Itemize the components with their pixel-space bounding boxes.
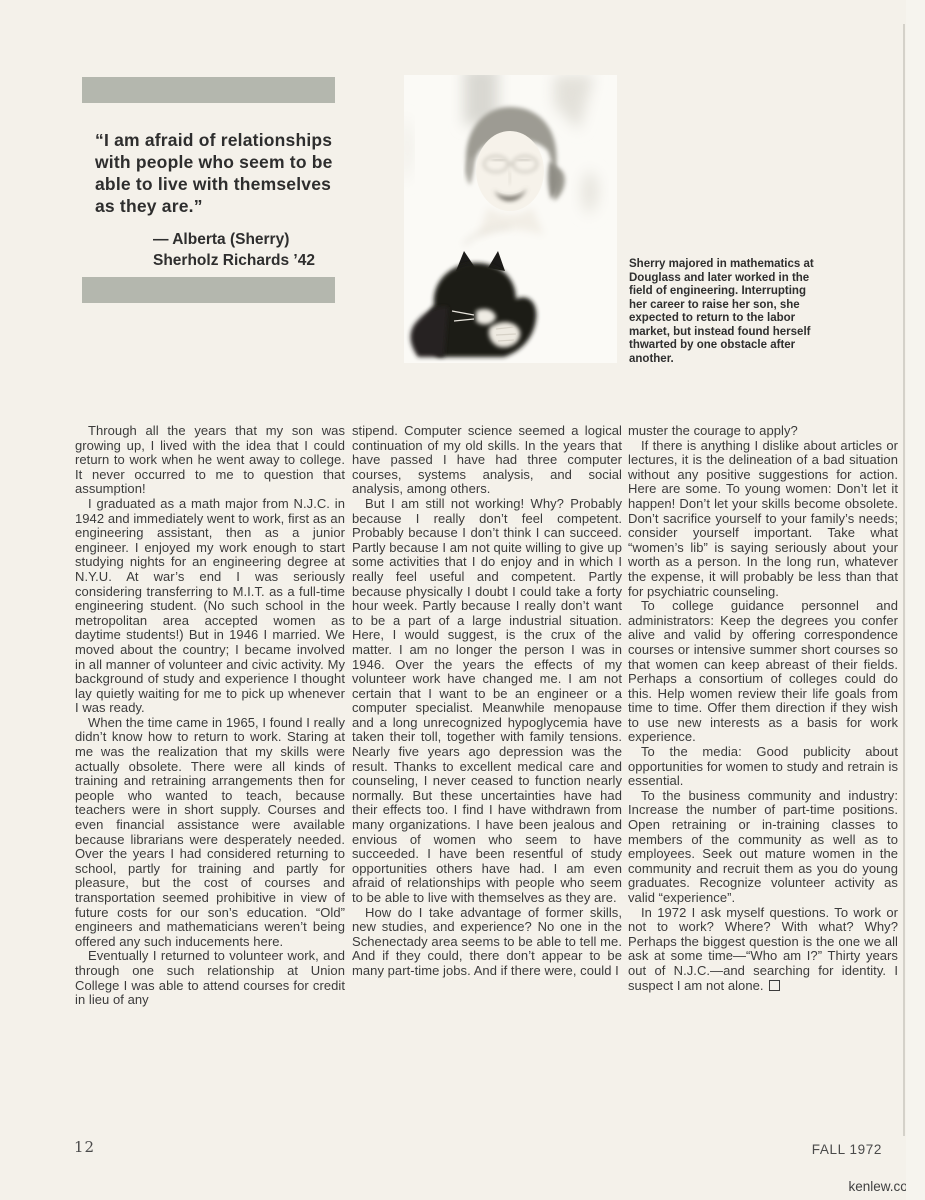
page-number: 12	[74, 1138, 95, 1156]
paragraph: If there is anything I dislike about art…	[628, 439, 898, 600]
pull-quote: “I am afraid of relationships with peopl…	[95, 129, 345, 271]
paragraph: When the time came in 1965, I found I re…	[75, 716, 345, 950]
paragraph: To the business community and industry: …	[628, 789, 898, 906]
pull-quote-line: as they are.”	[95, 195, 345, 217]
pull-quote-line: “I am afraid of relationships	[95, 129, 345, 151]
pull-quote-line: with people who seem to be	[95, 151, 345, 173]
article-column-1: Through all the years that my son was gr…	[75, 424, 345, 1008]
paragraph: Through all the years that my son was gr…	[75, 424, 345, 497]
paragraph: To the media: Good publicity about oppor…	[628, 745, 898, 789]
attribution-name: — Alberta (Sherry)	[153, 229, 345, 250]
pull-quote-line: able to live with themselves	[95, 173, 345, 195]
paragraph: Eventually I returned to volunteer work,…	[75, 949, 345, 1007]
paragraph: But I am still not working! Why? Probabl…	[352, 497, 622, 906]
photo-illustration	[404, 75, 617, 363]
decorative-bar-top	[82, 77, 335, 103]
end-of-article-icon	[769, 980, 780, 991]
attribution-class-year: Sherholz Richards ’42	[153, 250, 345, 271]
paragraph: stipend. Computer science seemed a logic…	[352, 424, 622, 497]
decorative-bar-bottom	[82, 277, 335, 303]
article-column-3: muster the courage to apply? If there is…	[628, 424, 898, 993]
pull-quote-attribution: — Alberta (Sherry) Sherholz Richards ’42	[153, 229, 345, 271]
article-column-2: stipend. Computer science seemed a logic…	[352, 424, 622, 979]
magazine-page: “I am afraid of relationships with peopl…	[0, 0, 925, 1200]
paragraph: I graduated as a math major from N.J.C. …	[75, 497, 345, 716]
woman-with-cat-photo	[404, 75, 617, 363]
issue-label: FALL 1972	[812, 1142, 882, 1157]
paragraph: In 1972 I ask myself questions. To work …	[628, 906, 898, 994]
paragraph: How do I take advantage of former skills…	[352, 906, 622, 979]
photo-caption: Sherry majored in mathematics at Douglas…	[629, 258, 819, 366]
paragraph: To college guidance personnel and admini…	[628, 599, 898, 745]
scan-edge-line	[903, 24, 905, 1136]
paragraph: muster the courage to apply?	[628, 424, 898, 439]
scan-edge-band	[906, 0, 925, 1200]
